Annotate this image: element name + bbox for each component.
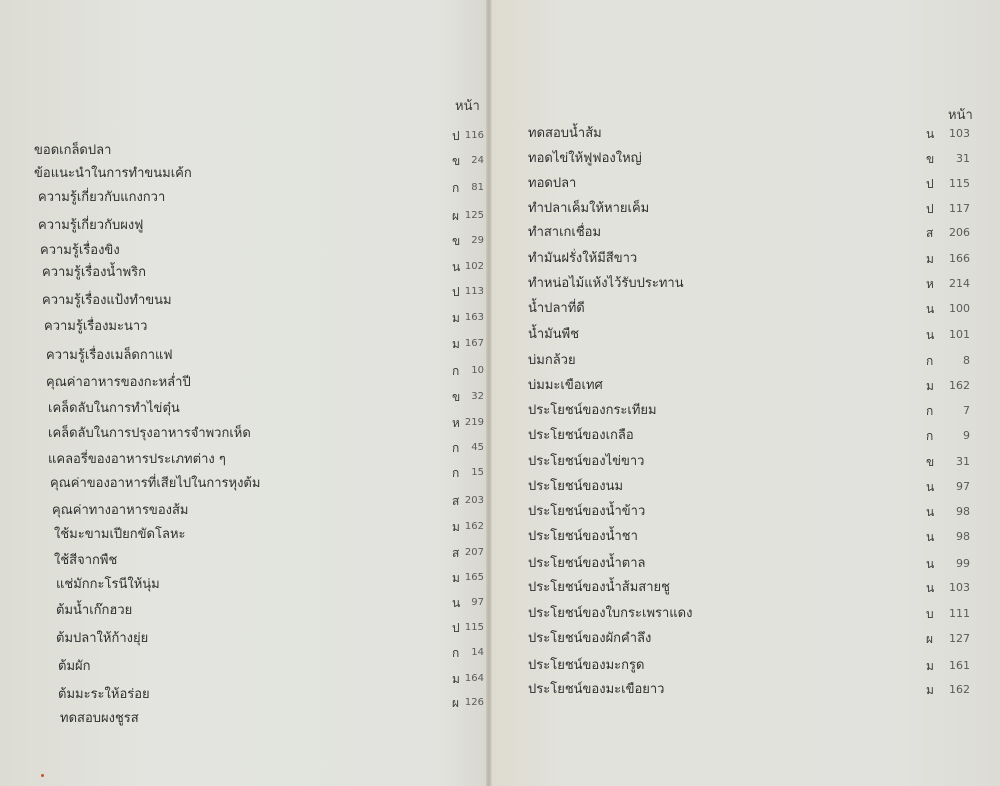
entry-section-letter: น xyxy=(452,592,460,614)
entry-page-number: 98 xyxy=(940,501,970,523)
entry-page-number: 116 xyxy=(462,125,484,147)
entry-section-letter: ส xyxy=(452,490,459,512)
entry-page-number: 162 xyxy=(940,375,970,397)
index-entry: ความรู้เกี่ยวกับแกงกวาก81 xyxy=(38,177,440,199)
index-entry: ข้อแนะนำในการทำขนมเค้กข24 xyxy=(34,150,440,172)
entry-section-letter: ป xyxy=(452,281,460,303)
index-entry: น้ำมันพืชน101 xyxy=(528,324,968,346)
index-entry: ขอดเกล็ดปลาป116 xyxy=(34,125,440,147)
entry-page-number: 9 xyxy=(940,425,970,447)
index-entry: คุณค่าทางอาหารของส้มส203 xyxy=(52,490,440,512)
index-entry: ทดสอบผงชูรสผ126 xyxy=(60,692,440,714)
entry-section-letter: บ xyxy=(926,603,934,625)
index-entry: ประโยชน์ของน้ำส้มสายชูน103 xyxy=(528,577,968,599)
entry-section-letter: น xyxy=(926,476,934,498)
entry-page-number: 102 xyxy=(462,256,484,278)
index-entry: ทอดปลาป115 xyxy=(528,173,968,195)
entry-section-letter: ก xyxy=(452,642,459,664)
entry-title: ประโยชน์ของน้ำข้าว xyxy=(528,501,645,523)
entry-section-letter: ม xyxy=(926,375,934,397)
entry-page-number: 31 xyxy=(940,148,970,170)
index-entry: ประโยชน์ของผักคำลึงผ127 xyxy=(528,628,968,650)
entry-page-number: 115 xyxy=(940,173,970,195)
entry-title: ประโยชน์ของเกลือ xyxy=(528,425,634,447)
entry-section-letter: น xyxy=(926,577,934,599)
entry-section-letter: น xyxy=(926,324,934,346)
index-entry: แช่มักกะโรนีให้นุ่มม165 xyxy=(56,567,440,589)
entry-page-number: 111 xyxy=(940,603,970,625)
index-entry: ประโยชน์ของมะเขือยาวม162 xyxy=(528,679,968,701)
entry-page-number: 97 xyxy=(940,476,970,498)
index-entry: ประโยชน์ของกระเทียมก7 xyxy=(528,400,968,422)
index-entry: ต้มน้ำเก๊กฮวยน97 xyxy=(56,592,440,614)
index-entry: แคลอรี่ของอาหารประเภทต่าง ๆก45 xyxy=(48,437,440,459)
entry-title: ประโยชน์ของน้ำชา xyxy=(528,526,638,548)
entry-title: น้ำมันพืช xyxy=(528,324,579,346)
index-entry: เคล็ดลับในการปรุงอาหารจำพวกเห็ดห219 xyxy=(48,412,440,434)
entry-title: บ่มกล้วย xyxy=(528,350,576,372)
entry-page-number: 103 xyxy=(940,577,970,599)
index-entry: ต้มผักก14 xyxy=(58,642,440,664)
entry-section-letter: ก xyxy=(926,400,933,422)
entry-section-letter: ผ xyxy=(452,692,459,714)
entry-title: ทดสอบผงชูรส xyxy=(60,708,139,730)
entry-title: ทอดปลา xyxy=(528,173,576,195)
entry-page-number: 165 xyxy=(462,567,484,589)
entry-section-letter: ป xyxy=(926,173,934,195)
entry-page-number: 31 xyxy=(940,451,970,473)
entry-title: ทำปลาเค็มให้หายเค็ม xyxy=(528,198,649,220)
entry-section-letter: ผ xyxy=(452,205,459,227)
entry-page-number: 161 xyxy=(940,655,970,677)
entry-page-number: 162 xyxy=(462,516,484,538)
index-entry: ทอดไข่ให้ฟูฟองใหญ่ข31 xyxy=(528,148,968,170)
index-entry: บ่มกล้วยก8 xyxy=(528,350,968,372)
entry-page-number: 206 xyxy=(940,222,970,244)
entry-section-letter: ม xyxy=(452,333,460,355)
entry-title: ทอดไข่ให้ฟูฟองใหญ่ xyxy=(528,148,642,170)
index-entry: ความรู้เรื่องน้ำพริกน102 xyxy=(42,256,440,278)
entry-section-letter: ม xyxy=(452,307,460,329)
entry-page-number: 10 xyxy=(462,360,484,382)
entry-section-letter: ก xyxy=(452,360,459,382)
entry-title: น้ำปลาที่ดี xyxy=(528,298,585,320)
entry-section-letter: น xyxy=(926,526,934,548)
entry-page-number: 113 xyxy=(462,281,484,303)
entry-page-number: 117 xyxy=(940,198,970,220)
entry-page-number: 7 xyxy=(940,400,970,422)
entry-page-number: 97 xyxy=(462,592,484,614)
index-entry: ทำปลาเค็มให้หายเค็มป117 xyxy=(528,198,968,220)
entry-section-letter: ม xyxy=(452,567,460,589)
index-entry: ใช้มะขามเปียกขัดโลหะม162 xyxy=(54,516,440,538)
index-entry: ประโยชน์ของใบกระเพราแดงบ111 xyxy=(528,603,968,625)
index-entry: บ่มมะเขือเทศม162 xyxy=(528,375,968,397)
paper-speck xyxy=(41,774,44,777)
entry-page-number: 207 xyxy=(462,542,484,564)
index-entry: ความรู้เกี่ยวกับผงฟูผ125 xyxy=(38,205,440,227)
entry-page-number: 100 xyxy=(940,298,970,320)
entry-section-letter: ข xyxy=(452,386,460,408)
entry-page-number: 103 xyxy=(940,123,970,145)
index-entry: ความรู้เรื่องขิงข29 xyxy=(40,230,440,252)
entry-section-letter: ก xyxy=(452,462,459,484)
entry-title: ประโยชน์ของไข่ขาว xyxy=(528,451,644,473)
entry-page-number: 164 xyxy=(462,668,484,690)
entry-title: ประโยชน์ของน้ำส้มสายชู xyxy=(528,577,670,599)
entry-page-number: 14 xyxy=(462,642,484,664)
entry-section-letter: ม xyxy=(926,248,934,270)
index-entry: ทำหน่อไม้แห้งไว้รับประทานห214 xyxy=(528,273,968,295)
entry-page-number: 115 xyxy=(462,617,484,639)
entry-section-letter: ห xyxy=(926,273,934,295)
index-entry: คุณค่าอาหารของกะหล่ำปีก10 xyxy=(46,360,440,382)
entry-page-number: 101 xyxy=(940,324,970,346)
entry-title: ประโยชน์ของผักคำลึง xyxy=(528,628,651,650)
entry-page-number: 126 xyxy=(462,692,484,714)
entry-page-number: 127 xyxy=(940,628,970,650)
entry-page-number: 214 xyxy=(940,273,970,295)
page-column-header: หน้า xyxy=(948,104,973,125)
entry-page-number: 32 xyxy=(462,386,484,408)
entry-section-letter: น xyxy=(452,256,460,278)
entry-section-letter: ส xyxy=(926,222,933,244)
entry-page-number: 99 xyxy=(940,553,970,575)
entry-title: ประโยชน์ของนม xyxy=(528,476,623,498)
entry-title: ประโยชน์ของมะกรูด xyxy=(528,655,644,677)
entry-title: ประโยชน์ของมะเขือยาว xyxy=(528,679,664,701)
entry-section-letter: ห xyxy=(452,412,460,434)
entry-page-number: 167 xyxy=(462,333,484,355)
entry-page-number: 81 xyxy=(462,177,484,199)
index-entry: ต้มปลาให้ก้างยุ่ยป115 xyxy=(56,617,440,639)
entry-title: ประโยชน์ของน้ำตาล xyxy=(528,553,645,575)
entry-title: บ่มมะเขือเทศ xyxy=(528,375,603,397)
entry-section-letter: ข xyxy=(452,150,460,172)
index-entry: ประโยชน์ของนมน97 xyxy=(528,476,968,498)
entry-page-number: 163 xyxy=(462,307,484,329)
index-entry: ประโยชน์ของไข่ขาวข31 xyxy=(528,451,968,473)
index-entry: ความรู้เรื่องมะนาวม163 xyxy=(44,307,440,329)
left-page: หน้า ขอดเกล็ดปลาป116ข้อแนะนำในการทำขนมเค… xyxy=(0,0,488,786)
entry-page-number: 98 xyxy=(940,526,970,548)
index-entry: ทำสาเกเชื่อมส206 xyxy=(528,222,968,244)
entry-section-letter: น xyxy=(926,123,934,145)
index-entry: ประโยชน์ของน้ำตาลน99 xyxy=(528,553,968,575)
entry-page-number: 125 xyxy=(462,205,484,227)
entry-section-letter: ป xyxy=(926,198,934,220)
entry-page-number: 24 xyxy=(462,150,484,172)
entry-page-number: 162 xyxy=(940,679,970,701)
entry-page-number: 15 xyxy=(462,462,484,484)
entry-section-letter: น xyxy=(926,298,934,320)
entry-section-letter: ผ xyxy=(926,628,933,650)
entry-page-number: 45 xyxy=(462,437,484,459)
index-entry: น้ำปลาที่ดีน100 xyxy=(528,298,968,320)
entry-section-letter: ข xyxy=(452,230,460,252)
entry-section-letter: ก xyxy=(926,350,933,372)
index-entry: ประโยชน์ของมะกรูดม161 xyxy=(528,655,968,677)
entry-page-number: 29 xyxy=(462,230,484,252)
entry-page-number: 219 xyxy=(462,412,484,434)
index-entry: ต้มมะระให้อร่อยม164 xyxy=(58,668,440,690)
index-entry: ประโยชน์ของเกลือก9 xyxy=(528,425,968,447)
index-entry: ประโยชน์ของน้ำข้าวน98 xyxy=(528,501,968,523)
entry-title: ประโยชน์ของใบกระเพราแดง xyxy=(528,603,692,625)
index-entry: ความรู้เรื่องแป้งทำขนมป113 xyxy=(42,281,440,303)
index-entry: ทำมันฝรั่งให้มีสีขาวม166 xyxy=(528,248,968,270)
entry-section-letter: น xyxy=(926,553,934,575)
right-page: หน้า ทดสอบน้ำส้มน103ทอดไข่ให้ฟูฟองใหญ่ข3… xyxy=(492,0,1000,786)
index-entry: คุณค่าของอาหารที่เสียไปในการหุงต้มก15 xyxy=(50,462,440,484)
entry-section-letter: ป xyxy=(452,125,460,147)
entry-section-letter: ม xyxy=(452,516,460,538)
index-entry: ทดสอบน้ำส้มน103 xyxy=(528,123,968,145)
index-entry: ประโยชน์ของน้ำชาน98 xyxy=(528,526,968,548)
entry-page-number: 8 xyxy=(940,350,970,372)
page-column-header: หน้า xyxy=(455,95,480,116)
entry-title: ประโยชน์ของกระเทียม xyxy=(528,400,657,422)
index-entry: ใช้สีจากพืชส207 xyxy=(54,542,440,564)
entry-section-letter: ม xyxy=(926,679,934,701)
entry-section-letter: ก xyxy=(926,425,933,447)
entry-title: ทดสอบน้ำส้ม xyxy=(528,123,602,145)
entry-page-number: 166 xyxy=(940,248,970,270)
entry-section-letter: ป xyxy=(452,617,460,639)
entry-section-letter: ส xyxy=(452,542,459,564)
entry-section-letter: ข xyxy=(926,148,934,170)
entry-section-letter: ม xyxy=(926,655,934,677)
entry-page-number: 203 xyxy=(462,490,484,512)
entry-title: ทำมันฝรั่งให้มีสีขาว xyxy=(528,248,637,270)
entry-section-letter: ก xyxy=(452,177,459,199)
entry-section-letter: น xyxy=(926,501,934,523)
index-entry: ความรู้เรื่องเมล็ดกาแฟม167 xyxy=(46,333,440,355)
entry-section-letter: ม xyxy=(452,668,460,690)
entry-section-letter: ก xyxy=(452,437,459,459)
index-entry: เคล็ดลับในการทำไข่ตุ๋นข32 xyxy=(48,386,440,408)
entry-title: ทำหน่อไม้แห้งไว้รับประทาน xyxy=(528,273,684,295)
entry-title: ทำสาเกเชื่อม xyxy=(528,222,601,244)
entry-section-letter: ข xyxy=(926,451,934,473)
